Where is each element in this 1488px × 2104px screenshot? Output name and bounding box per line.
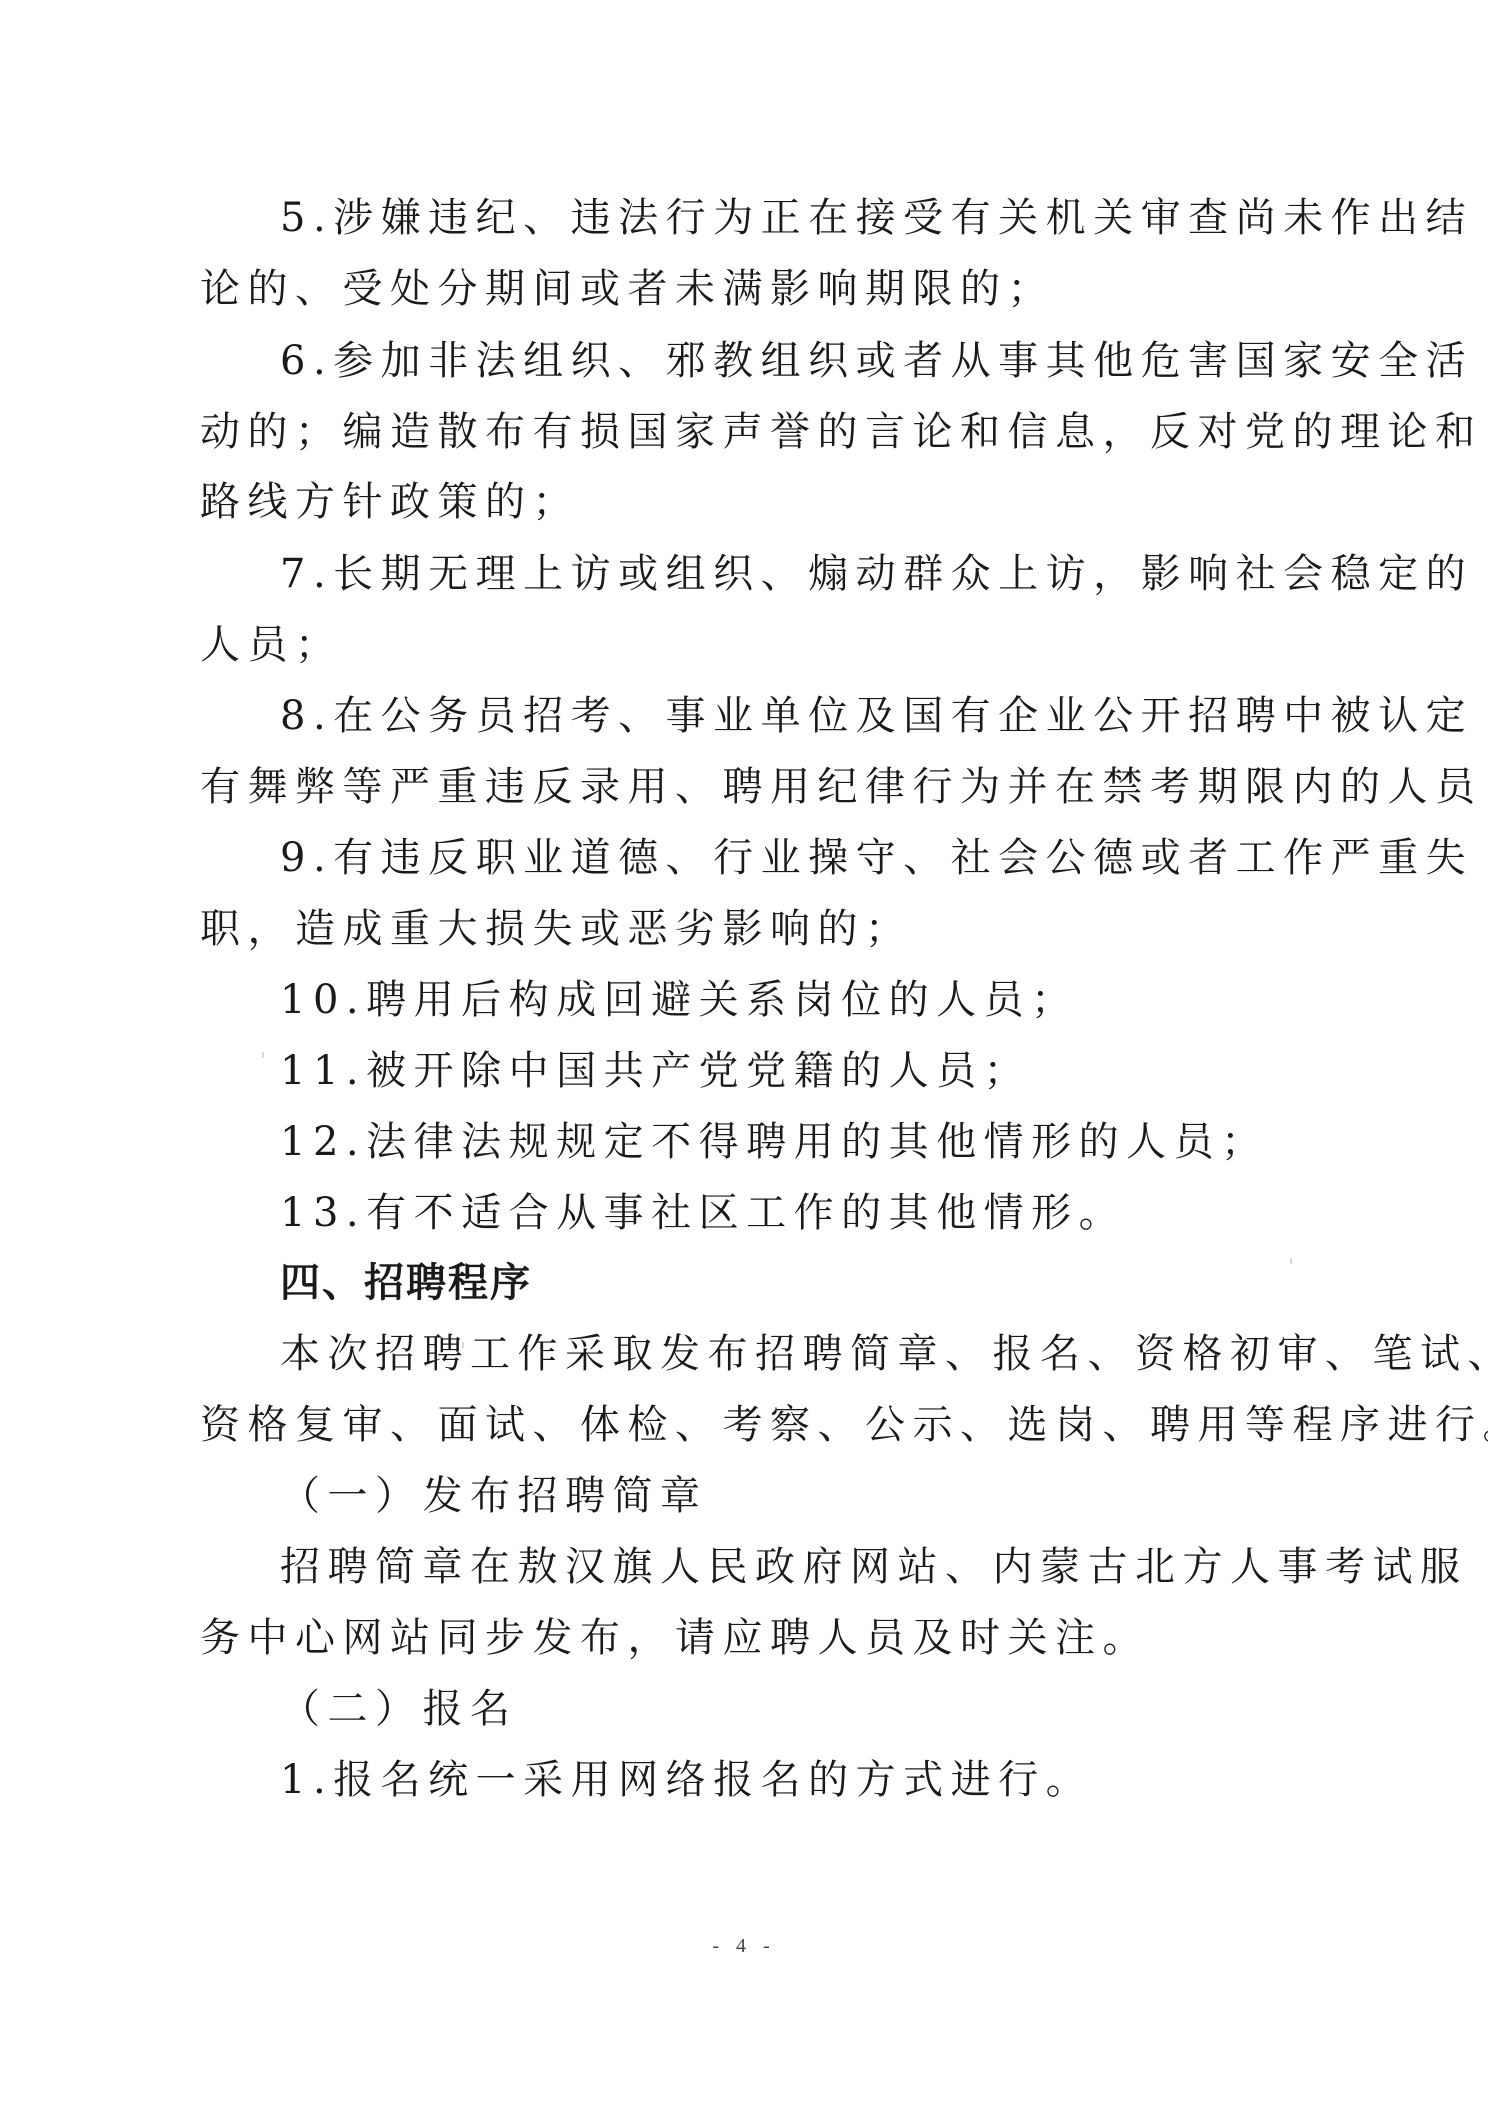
item-6-line-1: 6.参加非法组织、邪教组织或者从事其他危害国家安全活 <box>280 337 1300 385</box>
subheading-publish-brochure: （一）发布招聘简章 <box>280 1472 1380 1520</box>
subheading-registration: （二）报名 <box>280 1685 1380 1733</box>
brochure-paragraph-line-2: 务中心网站同步发布，请应聘人员及时关注。 <box>200 1614 1300 1662</box>
item-9-line-2: 职，造成重大损失或恶劣影响的； <box>200 905 1300 953</box>
item-6-line-2: 动的；编造散布有损国家声誉的言论和信息，反对党的理论和 <box>200 408 1300 456</box>
item-7-line-1: 7.长期无理上访或组织、煽动群众上访，影响社会稳定的 <box>280 550 1300 598</box>
section-heading-recruitment-procedure: 四、招聘程序 <box>280 1259 1380 1307</box>
procedure-paragraph-line-2: 资格复审、面试、体检、考察、公示、选岗、聘用等程序进行。 <box>200 1401 1300 1449</box>
scan-speck <box>1444 430 1446 436</box>
scan-speck <box>1290 1258 1292 1264</box>
item-10: 10.聘用后构成回避关系岗位的人员； <box>280 976 1300 1024</box>
brochure-paragraph-line-1: 招聘简章在敖汉旗人民政府网站、内蒙古北方人事考试服 <box>280 1543 1300 1591</box>
item-5-line-1: 5.涉嫌违纪、违法行为正在接受有关机关审查尚未作出结 <box>280 194 1300 242</box>
item-6-line-3: 路线方针政策的； <box>200 478 1300 526</box>
document-page: 5.涉嫌违纪、违法行为正在接受有关机关审查尚未作出结 论的、受处分期间或者未满影… <box>0 0 1488 2104</box>
item-9-line-1: 9.有违反职业道德、行业操守、社会公德或者工作严重失 <box>280 834 1300 882</box>
item-11: 11.被开除中国共产党党籍的人员； <box>280 1047 1300 1095</box>
page-number: - 4 - <box>0 1935 1488 1958</box>
item-5-line-2: 论的、受处分期间或者未满影响期限的； <box>200 265 1300 313</box>
item-13: 13.有不适合从事社区工作的其他情形。 <box>280 1189 1300 1237</box>
item-8-line-2: 有舞弊等严重违反录用、聘用纪律行为并在禁考期限内的人员； <box>200 763 1300 811</box>
item-12: 12.法律法规规定不得聘用的其他情形的人员； <box>280 1118 1300 1166</box>
scan-speck <box>462 1342 464 1348</box>
registration-item-1: 1.报名统一采用网络报名的方式进行。 <box>280 1756 1300 1804</box>
procedure-paragraph-line-1: 本次招聘工作采取发布招聘简章、报名、资格初审、笔试、 <box>280 1330 1300 1378</box>
item-8-line-1: 8.在公务员招考、事业单位及国有企业公开招聘中被认定 <box>280 692 1300 740</box>
scan-speck <box>262 1052 264 1058</box>
item-7-line-2: 人员； <box>200 621 1300 669</box>
